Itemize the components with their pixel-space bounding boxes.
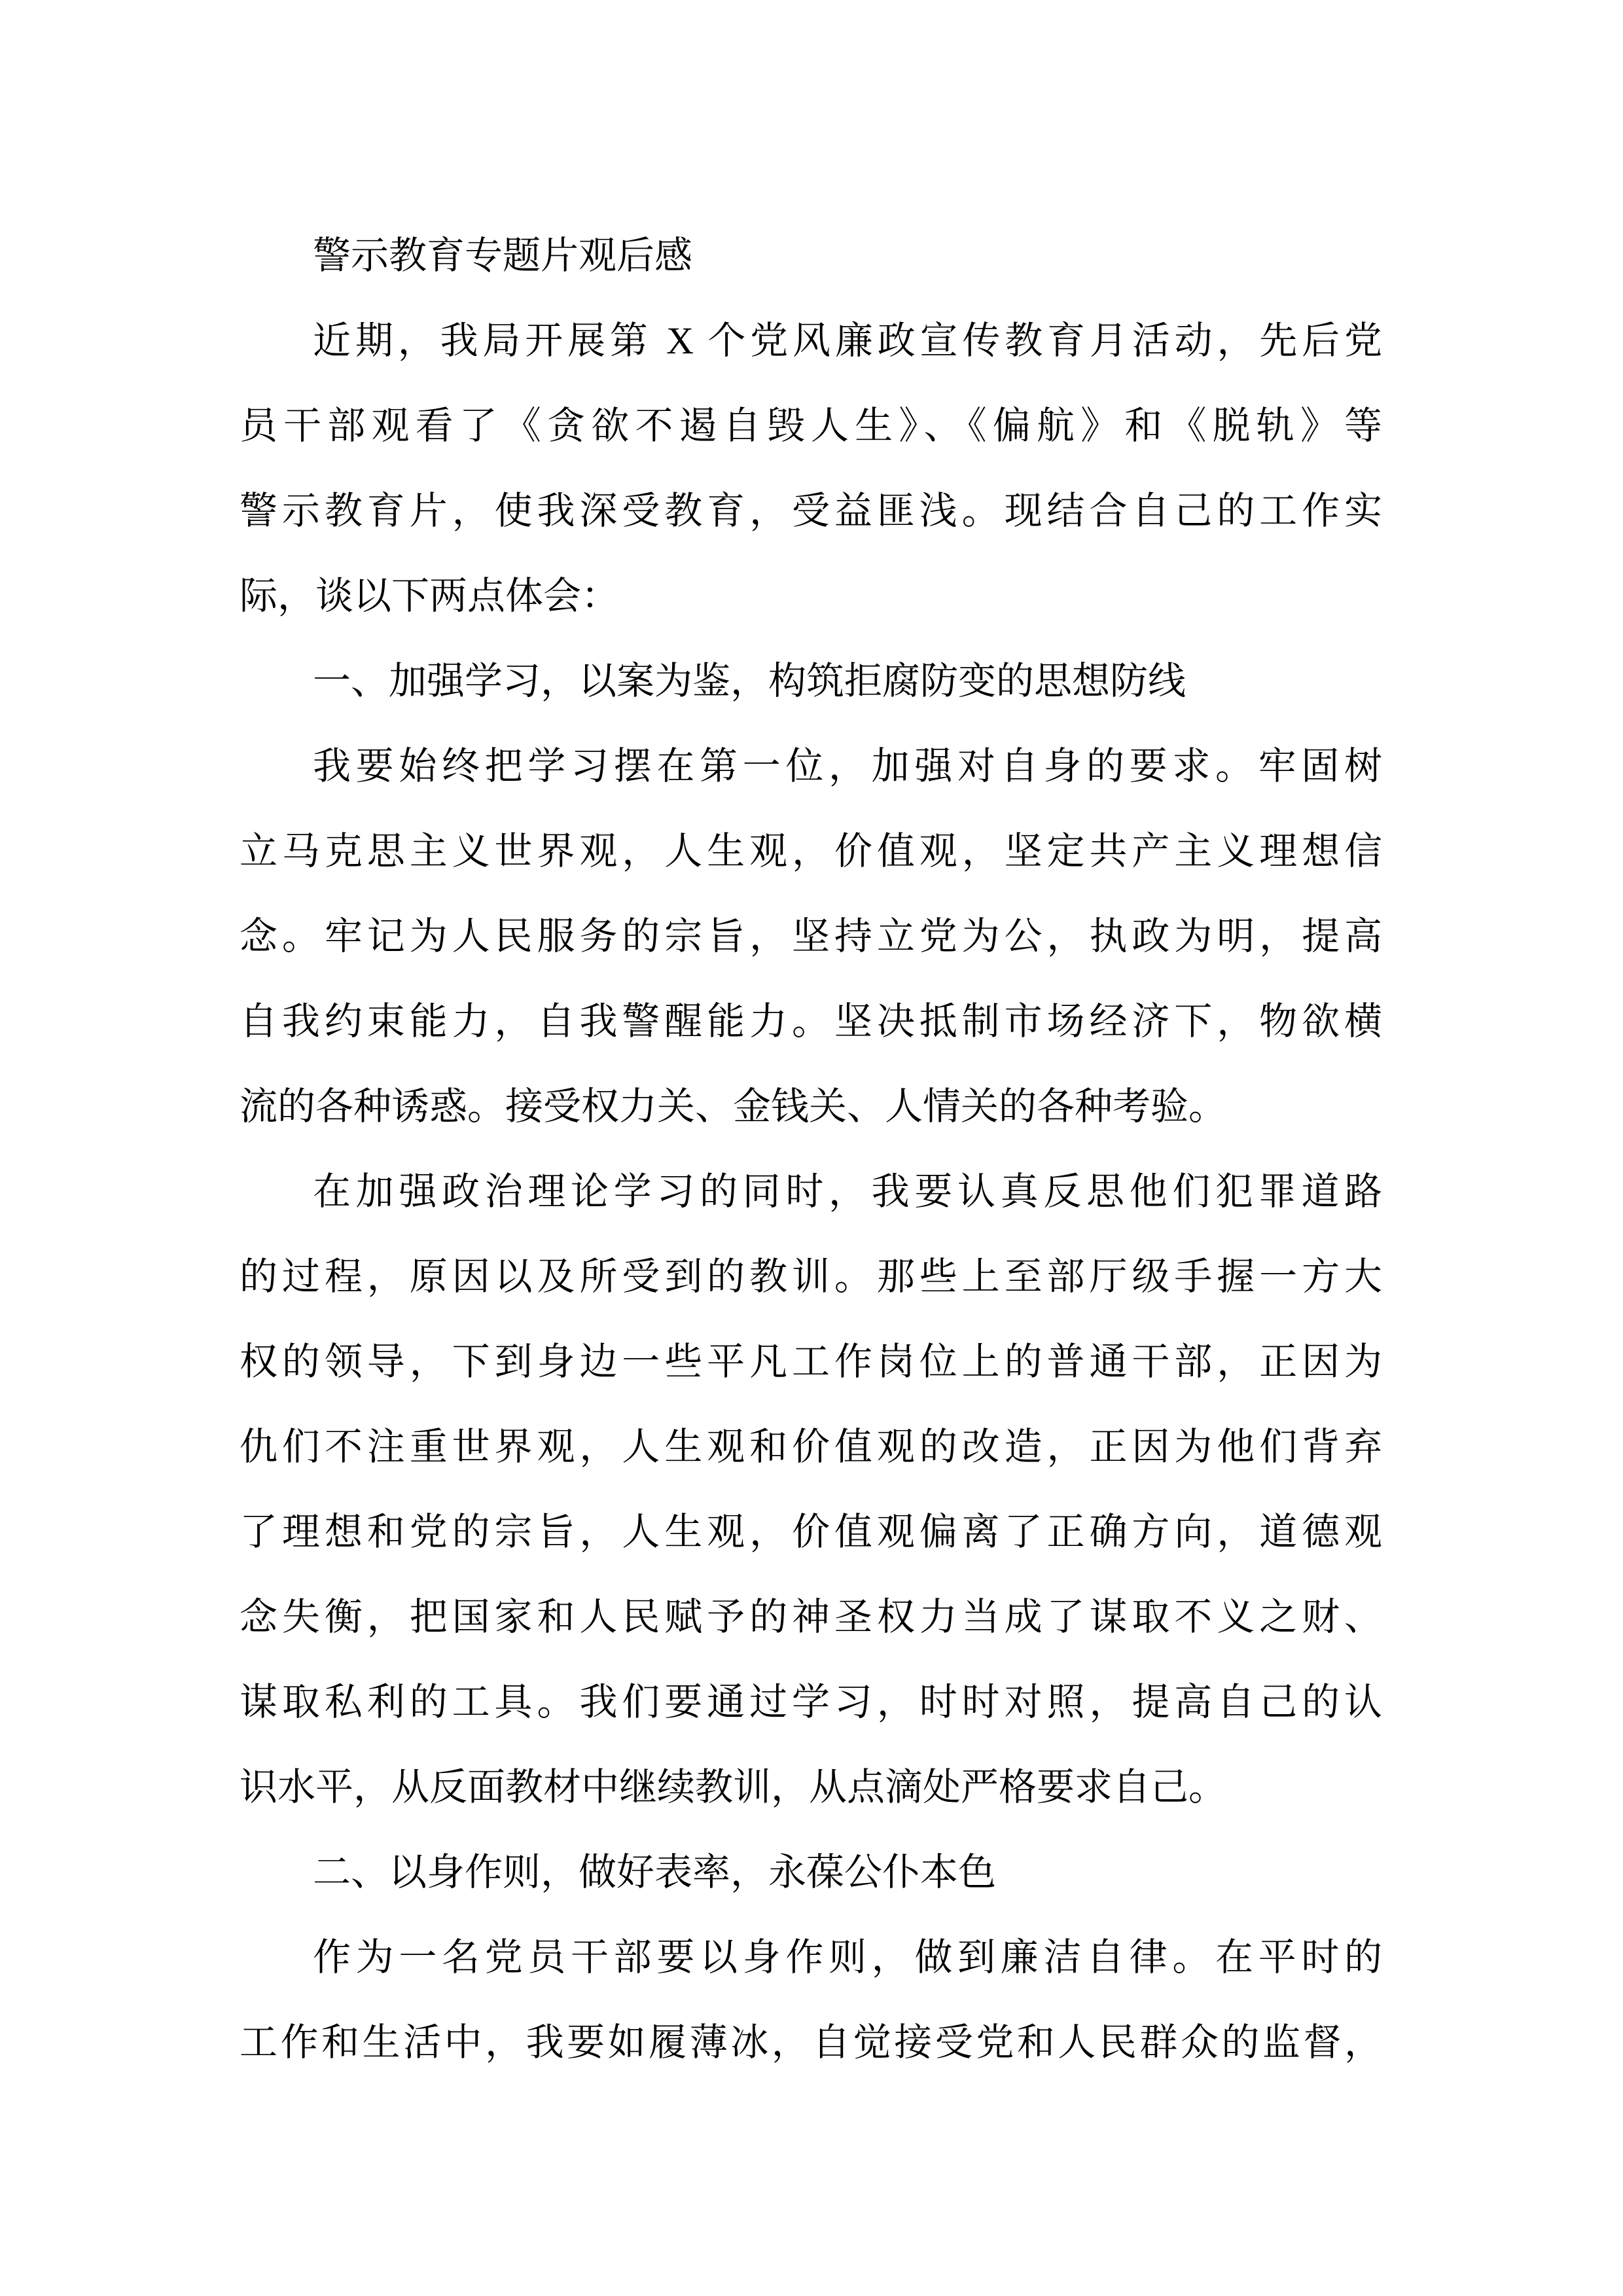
body-line: 警示教育片，使我深受教育，受益匪浅。现结合自己的工作实 bbox=[240, 469, 1382, 554]
body-line: 念。牢记为人民服务的宗旨，坚持立党为公，执政为明，提高 bbox=[240, 894, 1382, 979]
body-line: 我要始终把学习摆在第一位，加强对自身的要求。牢固树 bbox=[240, 724, 1382, 809]
document-page: 警示教育专题片观后感 近期，我局开展第 X 个党风廉政宣传教育月活动，先后党 员… bbox=[0, 0, 1623, 2296]
body-line: 立马克思主义世界观，人生观，价值观，坚定共产主义理想信 bbox=[240, 809, 1382, 894]
section-heading: 二、以身作则，做好表率，永葆公仆本色 bbox=[240, 1830, 1382, 1915]
body-line: 仇们不注重世界观，人生观和价值观的改造，正因为他们背弃 bbox=[240, 1405, 1382, 1490]
section-heading: 一、加强学习，以案为鉴，构筑拒腐防变的思想防线 bbox=[240, 639, 1382, 724]
body-line: 的过程，原因以及所受到的教训。那些上至部厅级手握一方大 bbox=[240, 1234, 1382, 1319]
body-line: 了理想和党的宗旨，人生观，价值观偏离了正确方向，道德观 bbox=[240, 1490, 1382, 1575]
document-content: 警示教育专题片观后感 近期，我局开展第 X 个党风廉政宣传教育月活动，先后党 员… bbox=[240, 213, 1382, 2085]
body-line: 作为一名党员干部要以身作则，做到廉洁自律。在平时的 bbox=[240, 1915, 1382, 2000]
body-line: 员干部观看了《贪欲不遏自毁人生》、《偏航》和《脱轨》等 bbox=[240, 384, 1382, 469]
body-line: 权的领导，下到身边一些平凡工作岗位上的普通干部，正因为 bbox=[240, 1319, 1382, 1405]
body-line: 在加强政治理论学习的同时，我要认真反思他们犯罪道路 bbox=[240, 1149, 1382, 1234]
body-line: 近期，我局开展第 X 个党风廉政宣传教育月活动，先后党 bbox=[240, 298, 1382, 384]
body-line: 自我约束能力，自我警醒能力。坚决抵制市场经济下，物欲横 bbox=[240, 979, 1382, 1064]
body-line: 谋取私利的工具。我们要通过学习，时时对照，提高自己的认 bbox=[240, 1660, 1382, 1745]
body-line: 识水平，从反面教材中继续教训，从点滴处严格要求自己。 bbox=[240, 1745, 1382, 1830]
document-title: 警示教育专题片观后感 bbox=[240, 213, 1382, 298]
body-line: 流的各种诱惑。接受权力关、金钱关、人情关的各种考验。 bbox=[240, 1064, 1382, 1149]
body-line: 际，谈以下两点体会： bbox=[240, 554, 1382, 639]
body-line: 念失衡，把国家和人民赋予的神圣权力当成了谋取不义之财、 bbox=[240, 1575, 1382, 1660]
body-line: 工作和生活中，我要如履薄冰，自觉接受党和人民群众的监督， bbox=[240, 2000, 1382, 2085]
